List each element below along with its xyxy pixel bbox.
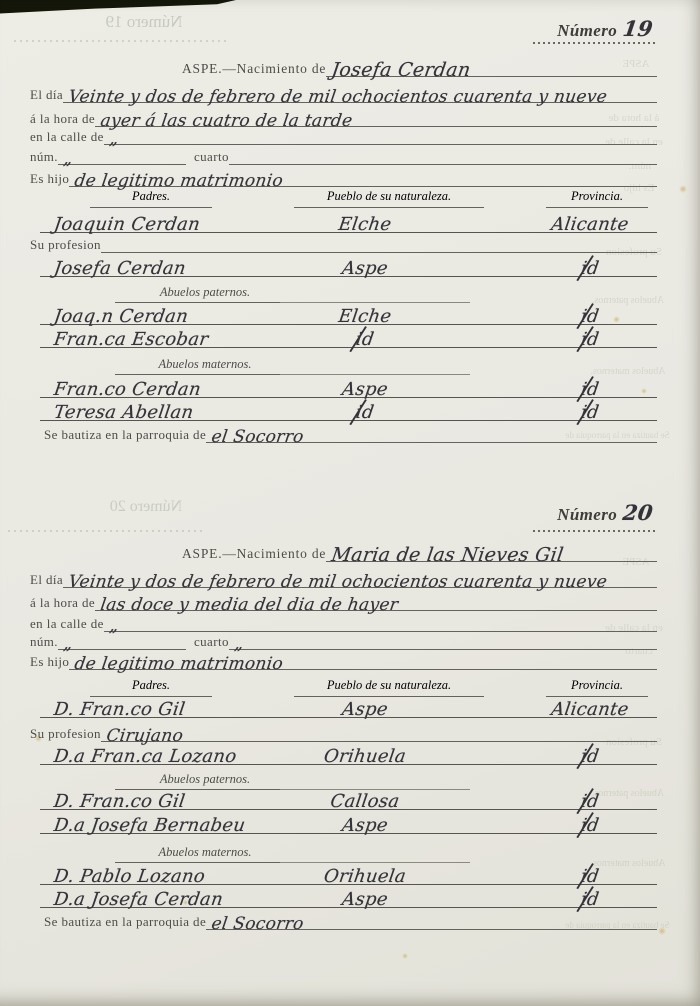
person-provincia: Alicante: [519, 699, 662, 720]
person-pueblo: Elche: [259, 306, 472, 327]
bautiza-value: el Socorro: [211, 430, 305, 444]
abuelos-paternos-header: Abuelos paternos.: [30, 281, 657, 303]
bautiza-value: el Socorro: [211, 917, 305, 931]
abuelo-materno-row: D. Pablo Lozano Orihuela id: [40, 863, 657, 885]
num-cuarto-row: núm. „ cuarto „: [30, 628, 657, 650]
person-pueblo: Aspe: [259, 258, 472, 279]
bautiza-label: Se bautiza en la parroquia de: [44, 914, 206, 930]
hijo-row: Es hijo de legitimo matrimonio: [30, 165, 657, 187]
abuelo-materno-row: Fran.co Cerdan Aspe id: [40, 376, 657, 398]
column-headers: Padres. Pueblo de su naturaleza. Provinc…: [30, 675, 657, 697]
person-provincia: id: [519, 379, 662, 400]
num-cuarto-row: núm. „ cuarto: [30, 143, 657, 165]
person-pueblo: id: [259, 402, 472, 423]
person-provincia: id: [519, 306, 662, 327]
subheader-label: Abuelos maternos.: [115, 845, 295, 863]
abuelos-maternos-header: Abuelos maternos.: [30, 841, 657, 863]
numero-row: Número 20: [557, 500, 653, 525]
dia-label: El día: [30, 572, 63, 588]
person-provincia: id: [519, 402, 662, 423]
profesion-label: Su profesion: [30, 726, 101, 742]
madre-row: D.a Fran.ca Lozano Orihuela id: [40, 743, 657, 765]
hijo-row: Es hijo de legitimo matrimonio: [30, 648, 657, 670]
person-name: Fran.co Cerdan: [53, 379, 203, 400]
header-padres: Padres.: [90, 189, 212, 208]
person-name: Teresa Abellan: [53, 402, 195, 423]
numero-rule: [533, 530, 655, 532]
child-name: Josefa Cerdan: [331, 63, 472, 77]
record-title: ASPE.—Nacimiento de: [182, 546, 326, 562]
person-name: D. Fran.co Gil: [53, 699, 187, 720]
person-name: D.a Fran.ca Lozano: [53, 746, 238, 767]
hijo-label: Es hijo: [30, 654, 69, 670]
calle-row: en la calle de „: [30, 123, 657, 145]
profesion-row: Su profesion: [30, 231, 657, 253]
person-name: Josefa Cerdan: [53, 258, 188, 279]
person-provincia: id: [519, 791, 662, 812]
profesion-row: Su profesion Cirujano: [30, 720, 657, 742]
dia-value: Veinte y dos de febrero de mil ochocient…: [68, 90, 609, 104]
num-label: núm.: [30, 149, 58, 165]
numero-value: 20: [621, 500, 654, 525]
title-row: ASPE.—Nacimiento de Maria de las Nieves …: [30, 540, 657, 562]
cuarto-label: cuarto: [194, 149, 229, 165]
dia-row: El día Veinte y dos de febrero de mil oc…: [30, 566, 657, 588]
register-page-scan: Número 19Número 20ASPEá la hora deen la …: [0, 0, 700, 1006]
person-pueblo: Aspe: [259, 699, 472, 720]
bautiza-row: Se bautiza en la parroquia de el Socorro: [30, 421, 657, 443]
dia-row: El día Veinte y dos de febrero de mil oc…: [30, 81, 657, 103]
header-provincia: Provincia.: [546, 678, 648, 697]
hora-row: á la hora de las doce y media del dia de…: [30, 589, 657, 611]
person-name: Fran.ca Escobar: [53, 329, 210, 350]
hora-label: á la hora de: [30, 595, 95, 611]
person-name: D.a Josefa Bernabeu: [53, 815, 247, 836]
madre-row: Josefa Cerdan Aspe id: [40, 255, 657, 277]
header-pueblo: Pueblo de su naturaleza.: [294, 189, 484, 208]
title-row: ASPE.—Nacimiento de Josefa Cerdan: [30, 55, 657, 77]
person-pueblo: Callosa: [259, 791, 472, 812]
numero-value: 19: [621, 16, 654, 41]
subheader-label: Abuelos paternos.: [115, 285, 295, 303]
birth-record-entry-2: Número 20 ASPE.—Nacimiento de Maria de l…: [30, 490, 657, 950]
padre-row: Joaquin Cerdan Elche Alicante: [40, 211, 657, 233]
numero-label: Número: [557, 505, 617, 525]
person-provincia: id: [519, 329, 662, 350]
hijo-value: de legitimo matrimonio: [74, 657, 284, 671]
abuelo-paterno-row: D. Fran.co Gil Callosa id: [40, 788, 657, 810]
child-name: Maria de las Nieves Gil: [331, 548, 565, 562]
person-pueblo: id: [259, 329, 472, 350]
foxing-spot: [402, 953, 408, 959]
abuelo-paterno-row: Joaq.n Cerdan Elche id: [40, 303, 657, 325]
record-title: ASPE.—Nacimiento de: [182, 61, 326, 77]
abuelos-maternos-header: Abuelos maternos.: [30, 353, 657, 375]
header-padres: Padres.: [90, 678, 212, 697]
birth-record-entry-1: Número 19 ASPE.—Nacimiento de Josefa Cer…: [30, 0, 657, 470]
person-name: D. Pablo Lozano: [53, 866, 207, 887]
numero-row: Número 19: [557, 16, 653, 41]
person-provincia: id: [519, 258, 662, 279]
dia-value: Veinte y dos de febrero de mil ochocient…: [68, 575, 609, 589]
header-pueblo: Pueblo de su naturaleza.: [294, 678, 484, 697]
abuela-paterna-row: Fran.ca Escobar id id: [40, 326, 657, 348]
person-pueblo: Orihuela: [259, 866, 472, 887]
abuela-materna-row: D.a Josefa Cerdan Aspe id: [40, 886, 657, 908]
bautiza-row: Se bautiza en la parroquia de el Socorro: [30, 908, 657, 930]
header-provincia: Provincia.: [546, 189, 648, 208]
person-pueblo: Aspe: [259, 889, 472, 910]
profesion-label: Su profesion: [30, 237, 101, 253]
numero-rule: [533, 42, 655, 44]
person-pueblo: Aspe: [259, 379, 472, 400]
bautiza-label: Se bautiza en la parroquia de: [44, 427, 206, 443]
person-pueblo: Orihuela: [259, 746, 472, 767]
num-value: „: [63, 152, 74, 166]
person-provincia: id: [519, 889, 662, 910]
abuelos-paternos-header: Abuelos paternos.: [30, 768, 657, 790]
profesion-value: Cirujano: [105, 729, 183, 743]
numero-label: Número: [557, 21, 617, 41]
abuela-paterna-row: D.a Josefa Bernabeu Aspe id: [40, 812, 657, 834]
column-headers: Padres. Pueblo de su naturaleza. Provinc…: [30, 186, 657, 208]
person-provincia: id: [519, 746, 662, 767]
foxing-spot: [658, 927, 666, 935]
abuela-materna-row: Teresa Abellan id id: [40, 399, 657, 421]
subheader-label: Abuelos maternos.: [115, 357, 295, 375]
blank-rule: [280, 374, 470, 375]
padre-row: D. Fran.co Gil Aspe Alicante: [40, 696, 657, 718]
person-name: D.a Josefa Cerdan: [53, 889, 225, 910]
person-name: Joaq.n Cerdan: [53, 306, 190, 327]
person-name: D. Fran.co Gil: [53, 791, 187, 812]
person-pueblo: Aspe: [259, 815, 472, 836]
person-provincia: id: [519, 815, 662, 836]
hijo-label: Es hijo: [30, 171, 69, 187]
person-provincia: id: [519, 866, 662, 887]
foxing-spot: [679, 185, 687, 193]
dia-label: El día: [30, 87, 63, 103]
